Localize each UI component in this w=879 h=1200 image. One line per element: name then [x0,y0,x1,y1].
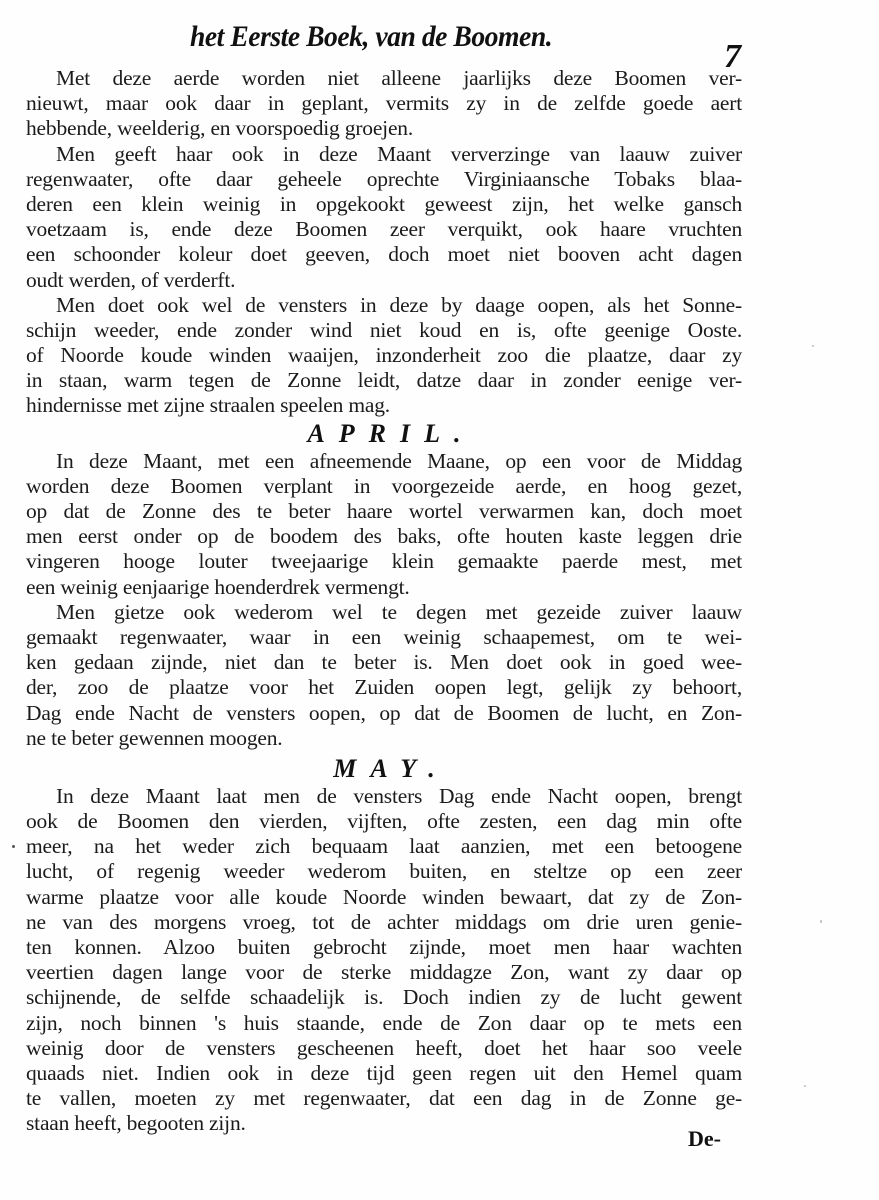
text-line: gemaakt regenwaater, waar in een weinig … [26,625,742,650]
book-page: het Eerste Boek, van de Boomen. 7 Met de… [0,0,879,1200]
text-line: In deze Maant, met een afneemende Maane,… [26,449,742,474]
text-line: zijn, noch binnen 's huis staande, ende … [26,1011,742,1036]
paragraph: In deze Maant laat men de vensters Dag e… [26,784,742,1137]
paragraph: Met deze aerde worden niet alleene jaarl… [26,66,742,142]
text-line: hebbende, weelderig, en voorspoedig groe… [26,116,742,141]
text-line: ne te beter gewennen moogen. [26,726,742,751]
text-line: of Noorde koude winden waaijen, inzonder… [26,343,742,368]
page-header: het Eerste Boek, van de Boomen. 7 [0,20,879,70]
text-line: men eerst onder op de boodem des baks, o… [26,524,742,549]
paragraph: In deze Maant, met een afneemende Maane,… [26,449,742,600]
text-line: ook de Boomen den vierden, vijften, ofte… [26,809,742,834]
text-line: een weinig eenjaarige hoenderdrek vermen… [26,575,742,600]
text-line: schijn weeder, ende zonder wind niet kou… [26,318,742,343]
catchword: De- [688,1126,721,1152]
text-line: lucht, of regenig weeder wederom buiten,… [26,859,742,884]
scan-speck [804,1085,806,1087]
text-line: In deze Maant laat men de vensters Dag e… [26,784,742,809]
scan-speck [812,345,814,347]
text-line: oudt werden, of verderft. [26,268,742,293]
running-title: het Eerste Boek, van de Boomen. [190,20,552,54]
text-line: Men geeft haar ook in deze Maant ververz… [26,142,742,167]
text-line: Men doet ook wel de vensters in deze by … [26,293,742,318]
paragraph: Men doet ook wel de vensters in deze by … [26,293,742,419]
section-heading-april: APRIL. [26,419,742,449]
text-line: een schoonder koleur doet geeven, doch m… [26,242,742,267]
section-heading-may: MAY. [26,754,742,784]
text-line: voetzaam is, ende deze Boomen zeer verqu… [26,217,742,242]
text-line: Dag ende Nacht de vensters oopen, op dat… [26,701,742,726]
text-line: warme plaatze voor alle koude Noorde win… [26,885,742,910]
text-line: op dat de Zonne des te beter haare worte… [26,499,742,524]
text-line: Men gietze ook wederom wel te degen met … [26,600,742,625]
text-line: regenwaater, ofte daar geheele oprechte … [26,167,742,192]
scan-speck [12,845,15,848]
text-line: te vallen, moeten zy met regenwaater, da… [26,1086,742,1111]
text-line: meer, na het weder zich bequaam laat aan… [26,834,742,859]
text-line: hindernisse met zijne straalen speelen m… [26,393,742,418]
text-line: deren een klein weinig in opgekookt gewe… [26,192,742,217]
scan-speck [820,920,822,923]
text-line: in staan, warm tegen de Zonne leidt, dat… [26,368,742,393]
text-line: Met deze aerde worden niet alleene jaarl… [26,66,742,91]
text-line: ne van des morgens vroeg, tot de achter … [26,910,742,935]
text-line: schijnende, de selfde schaadelijk is. Do… [26,985,742,1010]
text-line: quaads niet. Indien ook in deze tijd gee… [26,1061,742,1086]
text-line: staan heeft, begooten zijn. [26,1111,742,1136]
text-line: ten konnen. Alzoo buiten gebrocht zijnde… [26,935,742,960]
text-line: vingeren hooge louter tweejaarige klein … [26,549,742,574]
paragraph: Men gietze ook wederom wel te degen met … [26,600,742,751]
text-line: worden deze Boomen verplant in voorgezei… [26,474,742,499]
text-line: veertien dagen lange voor de sterke midd… [26,960,742,985]
paragraph: Men geeft haar ook in deze Maant ververz… [26,142,742,293]
text-line: ken gedaan zijnde, niet dan te beter is.… [26,650,742,675]
text-line: weinig door de vensters gescheenen heeft… [26,1036,742,1061]
text-line: nieuwt, maar ook daar in geplant, vermit… [26,91,742,116]
text-line: der, zoo de plaatze voor het Zuiden oope… [26,675,742,700]
page-body: Met deze aerde worden niet alleene jaarl… [26,66,742,1137]
